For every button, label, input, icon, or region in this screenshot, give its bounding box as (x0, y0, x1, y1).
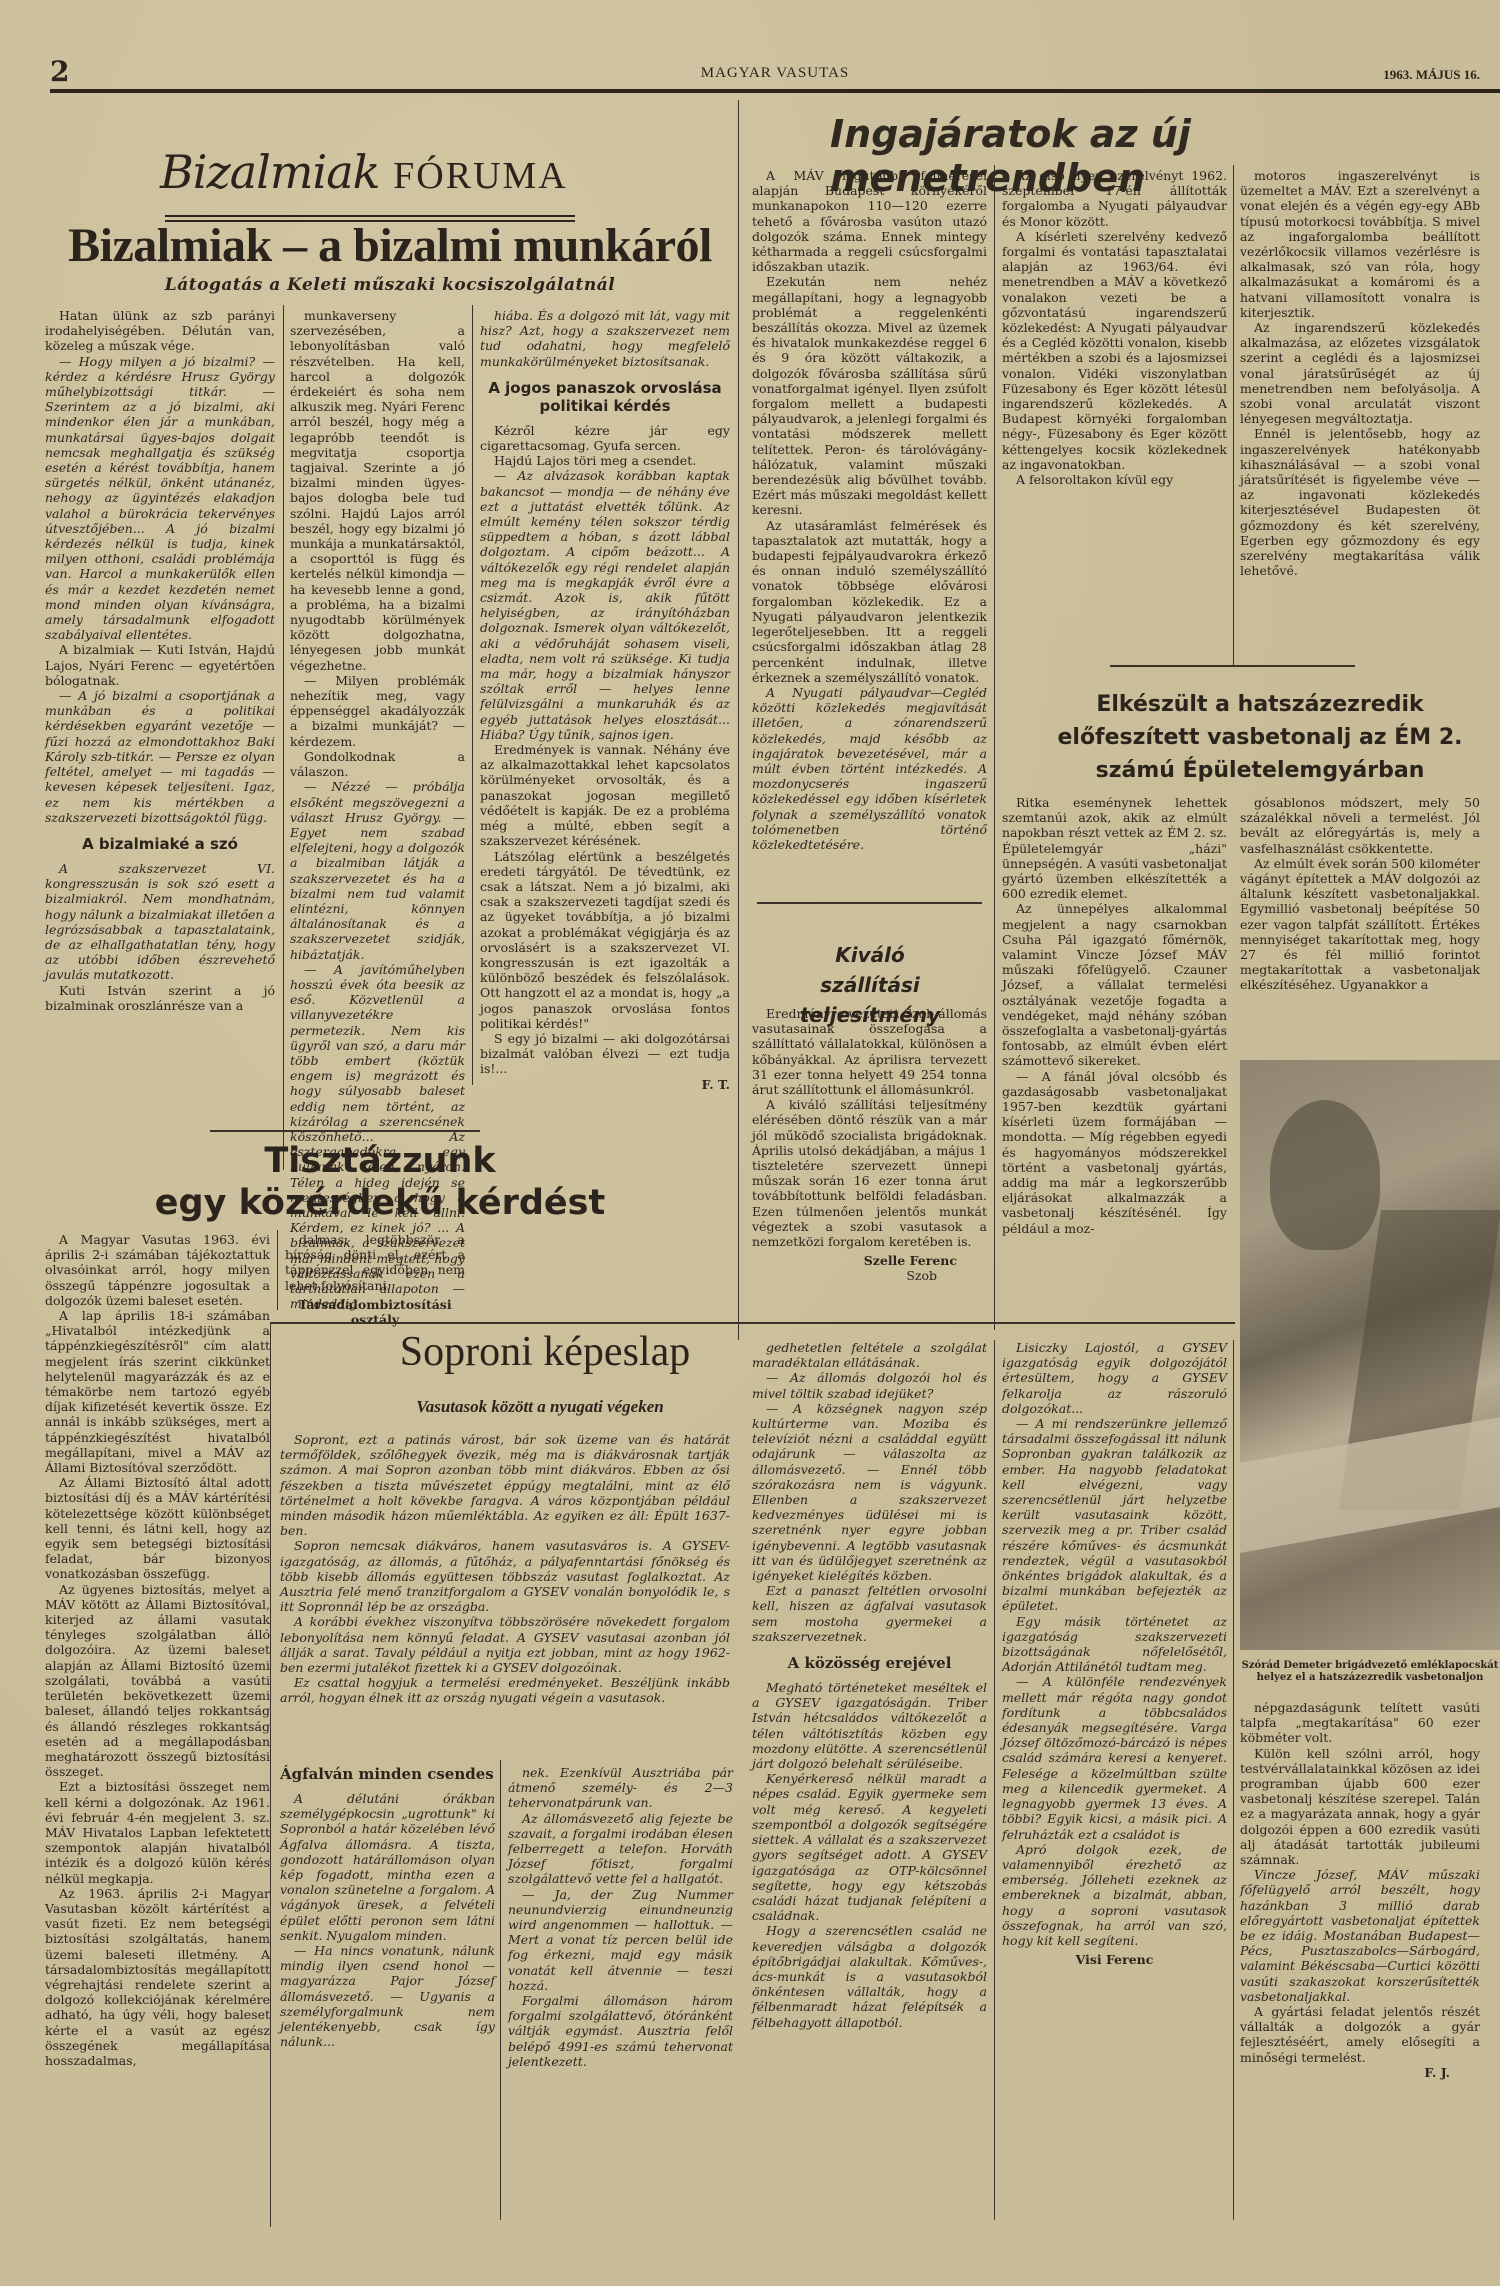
elkeszult-column-2: gósablonos módszert, mely 50 százalékkal… (1240, 795, 1480, 993)
forum-signature: F. T. (480, 1077, 730, 1092)
paragraph: motoros ingaszerelvényt is üzemeltet a M… (1240, 168, 1480, 320)
paragraph: Megható történeteket meséltek el a GYSEV… (752, 1680, 987, 1771)
tisztazzunk-headline-line2: egy közérdekű kérdést (60, 1182, 700, 1224)
paragraph: — Ja, der Zug Nummer neunundvierzig einu… (508, 1887, 733, 1993)
column-divider (500, 1760, 501, 2220)
paragraph: — Az állomás dolgozói hol és mivel tölti… (752, 1370, 987, 1400)
tisztazzunk-headline: Tisztázzunk egy közérdekű kérdést (60, 1140, 700, 1224)
paragraph: Egy másik történetet az igazgatóság szak… (1002, 1614, 1227, 1675)
paragraph: Sopron nemcsak diákváros, hanem vasutasv… (280, 1538, 730, 1614)
paragraph: Az állomásvezető alig fejezte be szavait… (508, 1811, 733, 1887)
section-rule (1110, 665, 1355, 667)
sopron-subhead-kozosseg: A közösség erejével (752, 1654, 987, 1672)
column-divider (270, 1322, 271, 2227)
paragraph: Kézről kézre jár egy cigarettacsomag. Gy… (480, 423, 730, 453)
kivalo-signature-place: Szob (752, 1268, 987, 1283)
paragraph: Hatan ülünk az szb parányi irodahelyiség… (45, 308, 275, 354)
column-divider (277, 1230, 278, 1310)
kivalo-signature-name: Szelle Ferenc (752, 1253, 987, 1268)
sopron-signature: Visi Ferenc (1002, 1952, 1227, 1967)
sopron-subhead-agfalva: Ágfalván minden csendes (280, 1765, 495, 1783)
sopron-column-4: Lisiczky Lajostól, a GYSEV igazgatóság e… (1002, 1340, 1227, 1967)
paragraph: Ezt a panaszt feltétlen orvosolni kell, … (752, 1583, 987, 1644)
paragraph: A MÁV legutóbbi felmérései alapján Budap… (752, 168, 987, 274)
paragraph: dalmas, legtöbbször a bíróság dönti el, … (285, 1232, 465, 1293)
kivalo-body: Eredményre vezetett Szob állomás vasutas… (752, 1006, 987, 1284)
brigade-leader-photo (1240, 1060, 1500, 1650)
paragraph: A bizalmiak — Kuti István, Hajdú Lajos, … (45, 642, 275, 688)
paragraph: — Nézzé — próbálja elsőként megszövegezn… (290, 779, 465, 961)
column-divider (472, 305, 473, 1085)
paragraph: — A községnek nagyon szép kultúrterme va… (752, 1401, 987, 1583)
masthead-rule (50, 89, 1500, 93)
paragraph: — Az alvázasok korábban kaptak bakancsot… (480, 468, 730, 742)
paragraph: Kuti István szerint a jó bizalminak oros… (45, 983, 275, 1013)
paragraph: Látszólag elértünk a beszélgetés eredeti… (480, 849, 730, 1031)
sopron-column-2: nek. Ezenkívül Ausztriába pár átmenő sze… (508, 1765, 733, 2069)
sopron-column-3: gedhetetlen feltétele a szolgálat maradé… (752, 1340, 987, 2030)
ingajaratok-column-3: motoros ingaszerelvényt is üzemeltet a M… (1240, 168, 1480, 578)
paragraph: A korábbi évekhez viszonyítva többszörös… (280, 1614, 730, 1675)
paragraph: — A jó bizalmi a csoportjának a munkában… (45, 688, 275, 825)
paragraph: A Magyar Vasutas 1963. évi április 2-i s… (45, 1232, 270, 1308)
kivalo-headline-line1: Kiváló (755, 940, 985, 970)
paragraph: A gyártási feladat jelentős részét válla… (1240, 2004, 1480, 2065)
section-rule (757, 902, 982, 904)
paragraph: A szakszervezet VI. kongresszusán is sok… (45, 861, 275, 983)
paragraph: Vincze József, MÁV műszaki főfelügyelő a… (1240, 1867, 1480, 2004)
paragraph: Gondolkodnak a válaszon. (290, 749, 465, 779)
column-divider (738, 100, 739, 1340)
paragraph: A lap április 18-i számában „Hivatalból … (45, 1308, 270, 1475)
paragraph: — Milyen problémák nehezítik meg, vagy é… (290, 673, 465, 749)
sopron-subheadline: Vasutasok között a nyugati végeken (330, 1397, 750, 1417)
paragraph: Sopront, ezt a patinás várost, bár sok ü… (280, 1432, 730, 1538)
tisztazzunk-signature-1: Társadalombiztosítási (285, 1297, 465, 1312)
section-rule (210, 1130, 480, 1132)
paragraph: népgazdaságunk telített vasúti talpfa „m… (1240, 1700, 1480, 1746)
section-rule (270, 1322, 1235, 1324)
photo-caption: Szórád Demeter brigádvezető emléklapocsk… (1240, 1660, 1500, 1684)
tisztazzunk-column-1: A Magyar Vasutas 1963. évi április 2-i s… (45, 1232, 270, 2068)
paragraph: — Hogy milyen a jó bizalmi? — kérdez a k… (45, 354, 275, 643)
paragraph: — A különféle rendezvények mellett már r… (1002, 1674, 1227, 1841)
paragraph: munkaverseny szervezésében, a lebonyolít… (290, 308, 465, 673)
paragraph: Eredményre vezetett Szob állomás vasutas… (752, 1006, 987, 1097)
forum-logo: Bizalmiak FÓRUMA (160, 145, 568, 199)
forum-headline: Bizalmiak – a bizalmi munkáról (45, 218, 735, 273)
paragraph: Az ingarendszerű közlekedés alkalmazása,… (1240, 320, 1480, 426)
paragraph: Az ügyenes biztosítás, melyet a MÁV kötö… (45, 1582, 270, 1780)
forum-column-3: hiába. És a dolgozó mit lát, vagy mit hi… (480, 308, 730, 1092)
paragraph: Az utasáramlást felmérések és tapasztala… (752, 518, 987, 685)
paragraph: gedhetetlen feltétele a szolgálat maradé… (752, 1340, 987, 1370)
forum-logo-script: Bizalmiak (160, 145, 380, 199)
paragraph: A Nyugati pályaudvar—Cegléd közötti közl… (752, 685, 987, 852)
paragraph: Kenyérkereső nélkül maradt a népes csalá… (752, 1771, 987, 1923)
paragraph: Az elmúlt évek során 500 kilométer vágán… (1240, 856, 1480, 993)
forum-column-1: Hatan ülünk az szb parányi irodahelyiség… (45, 308, 275, 1013)
column-divider (1233, 165, 1234, 665)
forum-logo-caps: FÓRUMA (393, 155, 568, 197)
paragraph: A kiváló szállítási teljesítmény elérésé… (752, 1097, 987, 1249)
elkeszult-signature: F. J. (1240, 2065, 1480, 2080)
paragraph: Ennél is jelentősebb, hogy az ingaszerel… (1240, 426, 1480, 578)
paragraph: Ritka eseménynek lehettek szemtanúi azok… (1002, 795, 1227, 901)
paragraph: — A mi rendszerünkre jellemző társadalmi… (1002, 1416, 1227, 1614)
column-divider (283, 305, 284, 1170)
column-divider (994, 1340, 995, 2220)
paragraph: Az ünnepélyes alkalommal megjelent a nag… (1002, 901, 1227, 1068)
elkeszult-column-3: népgazdaságunk telített vasúti talpfa „m… (1240, 1700, 1480, 2080)
paragraph: A délutáni órákban személygépkocsin „ugr… (280, 1791, 495, 1943)
paragraph: A felsoroltakon kívül egy (1002, 472, 1227, 487)
ingajaratok-column-2: Az első ilyen szerelvényt 1962. szeptemb… (1002, 168, 1227, 487)
tisztazzunk-headline-line1: Tisztázzunk (60, 1140, 700, 1182)
forum-logo-underline (165, 215, 575, 217)
paragraph: Ezt a biztosítási összeget nem kell kérn… (45, 1779, 270, 1885)
paragraph: Lisiczky Lajostól, a GYSEV igazgatóság e… (1002, 1340, 1227, 1416)
paragraph: Hogy a szerencsétlen család ne keveredje… (752, 1923, 987, 2029)
paragraph: hiába. És a dolgozó mit lát, vagy mit hi… (480, 308, 730, 369)
paragraph: Ezekután nem nehéz megállapítani, hogy a… (752, 274, 987, 517)
column-divider (994, 165, 995, 1330)
paragraph: gósablonos módszert, mely 50 százalékkal… (1240, 795, 1480, 856)
paragraph: nek. Ezenkívül Ausztriába pár átmenő sze… (508, 1765, 733, 1811)
paper-name: MAGYAR VASUTAS (50, 65, 1500, 82)
sopron-column-1: Ágfalván minden csendes A délutáni órákb… (280, 1765, 495, 2049)
paragraph: Apró dolgok ezek, de valamennyiből érezh… (1002, 1842, 1227, 1948)
forum-subhead-jogos-panaszok: A jogos panaszok orvoslása politikai kér… (480, 379, 730, 415)
sopron-headline: Soproni képeslap (360, 1328, 730, 1376)
tisztazzunk-signature-2: osztály (285, 1312, 465, 1327)
paragraph: Külön kell szólni arról, hogy testvérvál… (1240, 1746, 1480, 1868)
elkeszult-column-1: Ritka eseménynek lehettek szemtanúi azok… (1002, 795, 1227, 1236)
sopron-intro: Sopront, ezt a patinás várost, bár sok ü… (280, 1432, 730, 1706)
issue-date: 1963. MÁJUS 16. (1383, 67, 1480, 83)
photo-figure (1270, 1100, 1380, 1250)
tisztazzunk-column-2: dalmas, legtöbbször a bíróság dönti el, … (285, 1232, 465, 1327)
ingajaratok-column-1: A MÁV legutóbbi felmérései alapján Budap… (752, 168, 987, 852)
paragraph: Az első ilyen szerelvényt 1962. szeptemb… (1002, 168, 1227, 229)
forum-subheadline: Látogatás a Keleti műszaki kocsiszolgála… (45, 275, 735, 295)
paragraph: A kísérleti szerelvény kedvező forgalmi … (1002, 229, 1227, 472)
paragraph: Forgalmi állomáson három forgalmi szolgá… (508, 1993, 733, 2069)
paragraph: — Ha nincs vonatunk, nálunk mindig ilyen… (280, 1943, 495, 2049)
paragraph: Ez csattal hogyjuk a termelési eredménye… (280, 1675, 730, 1705)
paragraph: Az 1963. április 2-i Magyar Vasutasban k… (45, 1886, 270, 2068)
paragraph: S egy jó bizalmi — aki dolgozótársai biz… (480, 1031, 730, 1077)
paragraph: Az Állami Biztosító által adott biztosít… (45, 1475, 270, 1581)
elkeszult-headline: Elkészült a hatszázezredik előfeszített … (1050, 688, 1470, 787)
paragraph: Hajdú Lajos töri meg a csendet. (480, 453, 730, 468)
paragraph: — A fánál jóval olcsóbb és gazdaságosabb… (1002, 1069, 1227, 1236)
forum-subhead-bizalmiake: A bizalmiaké a szó (45, 835, 275, 853)
paragraph: Eredmények is vannak. Néhány éve az alka… (480, 742, 730, 848)
column-divider (1233, 1340, 1234, 2220)
